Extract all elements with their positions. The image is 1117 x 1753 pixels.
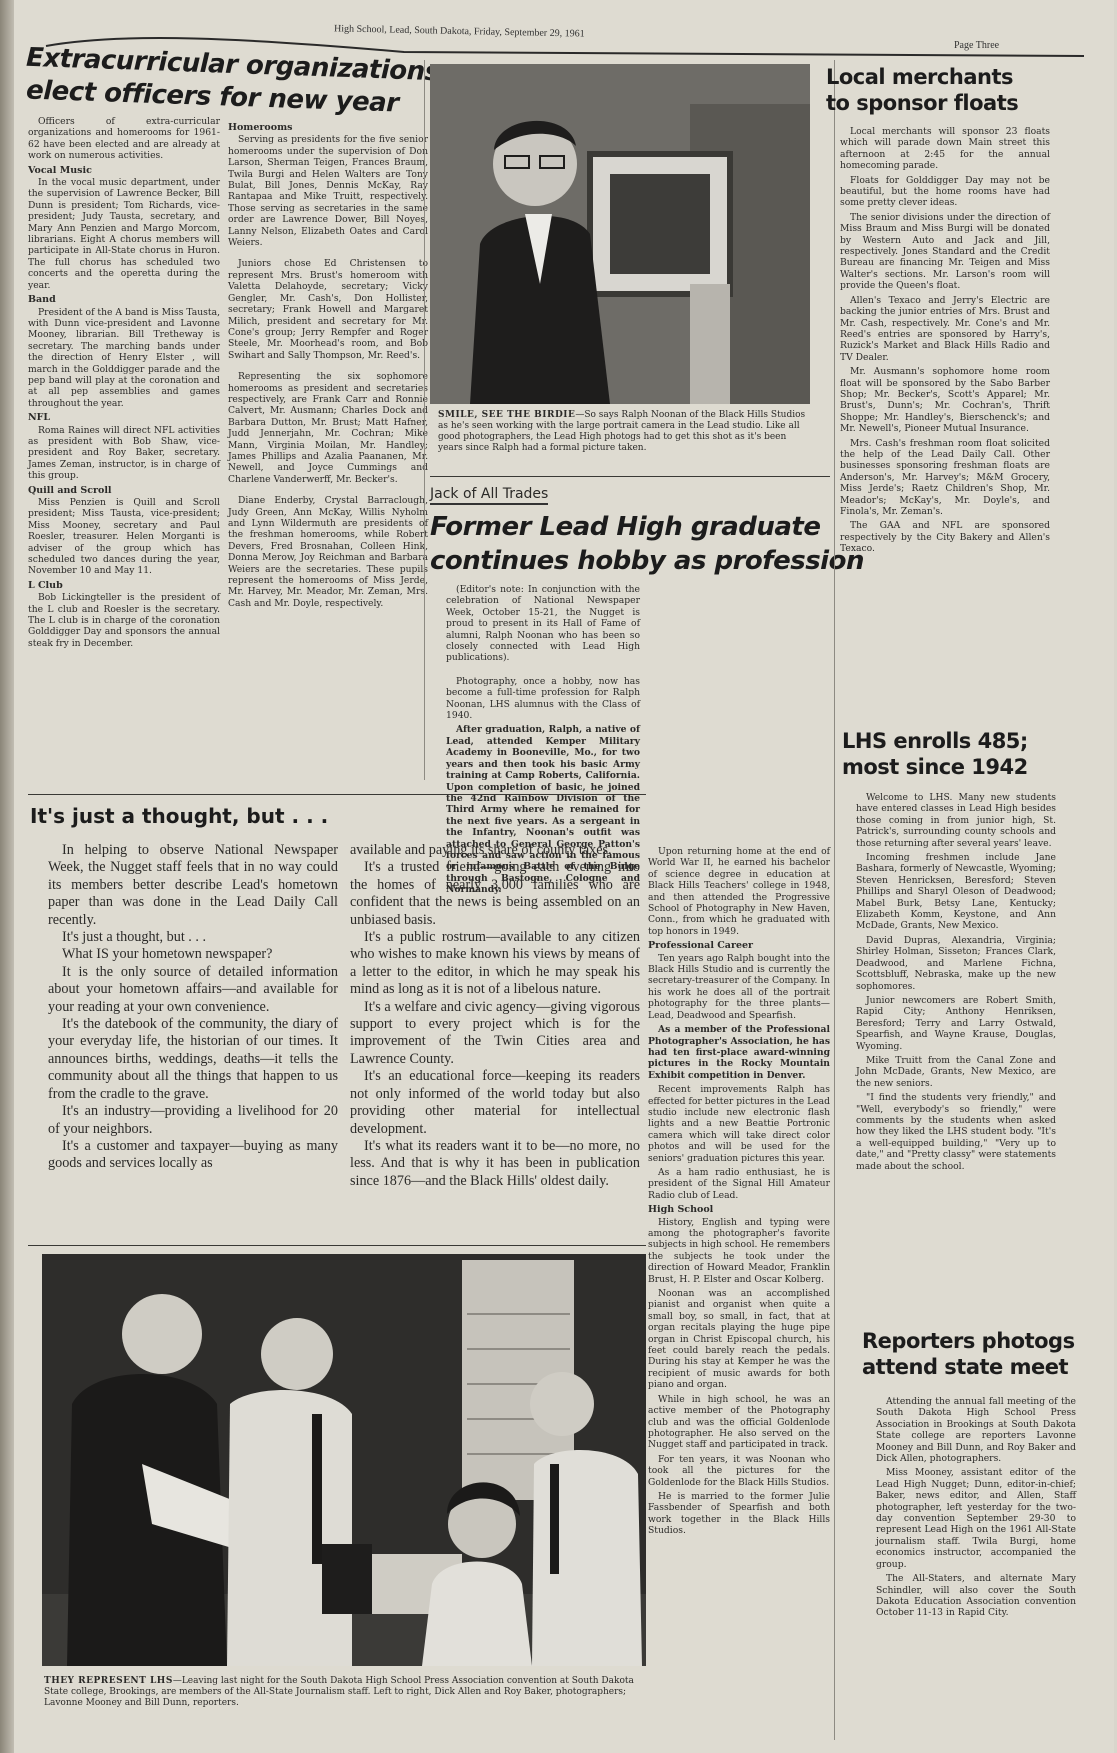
paragraph: It's what its readers want it to be—no m… xyxy=(350,1138,640,1190)
paragraph: Upon returning home at the end of World … xyxy=(648,846,830,937)
paragraph: Mike Truitt from the Canal Zone and John… xyxy=(856,1055,1056,1089)
column-rule xyxy=(424,60,425,780)
paragraph: "I find the students very friendly," and… xyxy=(856,1092,1056,1172)
paragraph: In the vocal music department, under the… xyxy=(28,177,220,291)
subhead-band: Band xyxy=(28,294,220,305)
headline-floats-1: Local merchants xyxy=(826,66,1013,88)
paragraph: Noonan was an accomplished pianist and o… xyxy=(648,1288,830,1391)
paragraph: Bob Lickingteller is the president of th… xyxy=(28,592,220,649)
folio-page-number: Page Three xyxy=(954,40,999,51)
subhead-homerooms: Homerooms xyxy=(228,122,428,133)
paragraph: It's a welfare and civic agency—giving v… xyxy=(350,999,640,1069)
paragraph: It's just a thought, but . . . xyxy=(48,929,338,946)
photo-staff-illustration xyxy=(42,1254,646,1666)
paragraph: It's the datebook of the community, the … xyxy=(48,1016,338,1103)
noonan-column-2: Upon returning home at the end of World … xyxy=(648,584,830,1540)
paragraph-bold: As a member of the Professional Photogra… xyxy=(648,1024,830,1081)
paragraph: The GAA and NFL are sponsored respective… xyxy=(840,520,1050,554)
paragraph: Welcome to LHS. Many new students have e… xyxy=(856,792,1056,849)
extracurricular-intro: Officers of extra-curricular organizatio… xyxy=(28,116,220,162)
subhead-lclub: L Club xyxy=(28,580,220,591)
paragraph: It's an educational force—keeping its re… xyxy=(350,1068,640,1138)
headline-thought: It's just a thought, but . . . xyxy=(30,806,328,827)
rule-above-thought xyxy=(28,794,646,795)
headline-enrolls-2: most since 1942 xyxy=(842,756,1028,778)
thought-column-2: available and paying its share of county… xyxy=(350,842,640,1190)
paragraph: Representing the six sophomore homerooms… xyxy=(228,371,428,485)
headline-noonan-1: Former Lead High graduate xyxy=(430,514,821,541)
subhead-high-school: High School xyxy=(648,1204,830,1215)
column-rule xyxy=(834,60,835,1740)
paragraph: Junior newcomers are Robert Smith, Rapid… xyxy=(856,995,1056,1052)
photo-journalism-staff xyxy=(42,1254,646,1666)
paragraph: It's an industry—providing a livelihood … xyxy=(48,1103,338,1138)
paragraph: Serving as presidents for the five senio… xyxy=(228,134,428,248)
extracurricular-column-1: Officers of extra-curricular organizatio… xyxy=(28,116,220,652)
subhead-career: Professional Career xyxy=(648,940,830,951)
paragraph: The senior divisions under the direction… xyxy=(840,212,1050,292)
paragraph: Allen's Texaco and Jerry's Electric are … xyxy=(840,295,1050,363)
paragraph: available and paying its share of county… xyxy=(350,842,640,859)
extracurricular-column-2: Homerooms Serving as presidents for the … xyxy=(228,120,428,612)
paragraph: Incoming freshmen include Jane Bashara, … xyxy=(856,852,1056,932)
reporters-column: Attending the annual fall meeting of the… xyxy=(876,1396,1076,1622)
paragraph: David Dupras, Alexandria, Virginia; Shir… xyxy=(856,935,1056,992)
paragraph: Mrs. Cash's freshman room float solicite… xyxy=(840,438,1050,518)
caption-noonan: SMILE, SEE THE BIRDIE—So says Ralph Noon… xyxy=(438,410,810,454)
headline-floats-2: to sponsor floats xyxy=(826,92,1018,114)
headline-reporters-2: attend state meet xyxy=(862,1356,1068,1378)
caption-staff: THEY REPRESENT LHS—Leaving last night fo… xyxy=(44,1676,644,1709)
subhead-vocal: Vocal Music xyxy=(28,165,220,176)
paragraph: Ten years ago Ralph bought into the Blac… xyxy=(648,953,830,1021)
paragraph: The All-Staters, and alternate Mary Schi… xyxy=(876,1573,1076,1619)
noonan-continuation-spacer xyxy=(648,584,830,846)
photo-ralph-noonan xyxy=(430,64,810,404)
paragraph: Photography, once a hobby, now has becom… xyxy=(446,676,640,722)
headline-reporters-1: Reporters photogs xyxy=(862,1330,1075,1352)
paragraph: Roma Raines will direct NFL activities a… xyxy=(28,425,220,482)
subhead-nfl: NFL xyxy=(28,412,220,423)
paragraph: Juniors chose Ed Christensen to represen… xyxy=(228,258,428,361)
paragraph: It's a trusted friend—going each evening… xyxy=(350,859,640,929)
floats-column: Local merchants will sponsor 23 floats w… xyxy=(840,126,1050,558)
paragraph: Attending the annual fall meeting of the… xyxy=(876,1396,1076,1464)
editors-note: (Editor's note: In conjunction with the … xyxy=(446,584,640,664)
rule-under-caption xyxy=(430,476,830,477)
rule-above-staff-photo xyxy=(28,1245,646,1246)
enrolls-column: Welcome to LHS. Many new students have e… xyxy=(856,792,1056,1175)
paragraph: History, English and typing were among t… xyxy=(648,1217,830,1285)
paragraph: As a ham radio enthusiast, he is preside… xyxy=(648,1167,830,1201)
thought-column-1: In helping to observe National Newspaper… xyxy=(48,842,338,1173)
headline-enrolls-1: LHS enrolls 485; xyxy=(842,730,1028,752)
caption-staff-lead: THEY REPRESENT LHS xyxy=(44,1676,173,1686)
paragraph: President of the A band is Miss Tausta, … xyxy=(28,307,220,410)
paragraph: While in high school, he was an active m… xyxy=(648,1394,830,1451)
headline-noonan-2: continues hobby as profession xyxy=(430,548,864,575)
paragraph: Floats for Golddigger Day may not be bea… xyxy=(840,175,1050,209)
paragraph: It's a customer and taxpayer—buying as m… xyxy=(48,1138,338,1173)
photo-noonan-illustration xyxy=(430,64,810,404)
paragraph: Recent improvements Ralph has effected f… xyxy=(648,1084,830,1164)
subhead-quill: Quill and Scroll xyxy=(28,485,220,496)
paragraph: Mr. Ausmann's sophomore home room float … xyxy=(840,366,1050,434)
paragraph: He is married to the former Julie Fassbe… xyxy=(648,1491,830,1537)
paragraph: Miss Penzien is Quill and Scroll preside… xyxy=(28,497,220,577)
paragraph: Local merchants will sponsor 23 floats w… xyxy=(840,126,1050,172)
newspaper-page: High School, Lead, South Dakota, Friday,… xyxy=(14,0,1114,1753)
paragraph: Diane Enderby, Crystal Barraclough, Judy… xyxy=(228,495,428,609)
paragraph: What IS your hometown newspaper? xyxy=(48,946,338,963)
paragraph: It is the only source of detailed inform… xyxy=(48,964,338,1016)
paragraph: For ten years, it was Noonan who took al… xyxy=(648,1454,830,1488)
paragraph: In helping to observe National Newspaper… xyxy=(48,842,338,929)
caption-noonan-lead: SMILE, SEE THE BIRDIE xyxy=(438,410,575,420)
paragraph: Miss Mooney, assistant editor of the Lea… xyxy=(876,1467,1076,1570)
paragraph: It's a public rostrum—available to any c… xyxy=(350,929,640,999)
kicker-jack-of-all-trades: Jack of All Trades xyxy=(430,486,548,505)
